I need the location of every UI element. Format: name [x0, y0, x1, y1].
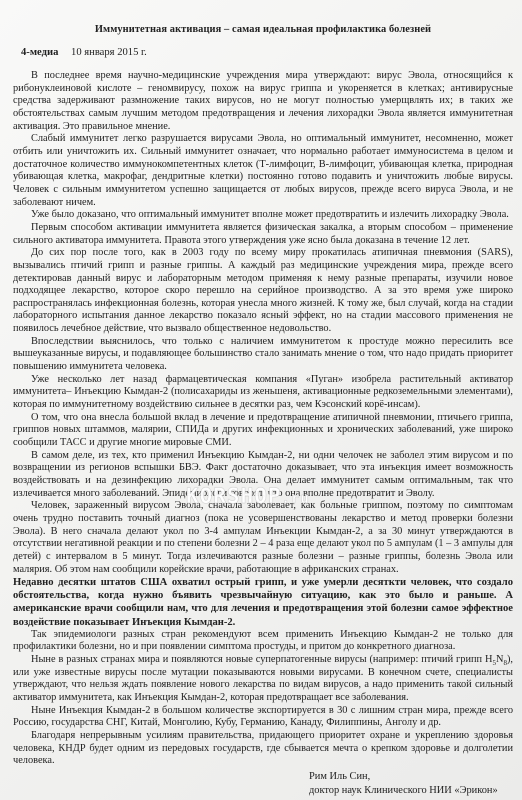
paragraph: О том, что она внесла большой вклад в ле…	[13, 412, 513, 450]
document-title: Иммунитетная активация – самая идеальная…	[13, 24, 513, 35]
paragraph: Человек, зараженный вирусом Эвола, снача…	[13, 500, 513, 576]
paragraph: Первым способом активации иммунитета явл…	[13, 222, 513, 247]
paragraph: В последнее время научно-медицинские учр…	[13, 70, 513, 133]
author-position: доктор наук Клинического НИИ «Эрикон»	[309, 784, 513, 798]
publication-date: 10 января 2015 г.	[71, 47, 147, 58]
paragraph-text-before: Ныне в разных странах мира и появляются …	[31, 654, 492, 665]
paragraph-with-formula: Ныне в разных странах мира и появляются …	[13, 654, 513, 705]
paragraph: Уже несколько лет назад фармацевтическая…	[13, 374, 513, 412]
paragraph: Слабый иммунитет легко разрушается вирус…	[13, 133, 513, 209]
paragraph: В самом деле, из тех, кто применил Инъек…	[13, 450, 513, 501]
signature-block: Рим Иль Син, доктор наук Клинического НИ…	[309, 770, 513, 798]
article-body: В последнее время научно-медицинские учр…	[13, 70, 513, 768]
highlighted-paragraph: Недавно десятки штатов США охватил остры…	[13, 576, 513, 628]
paragraph: До сих пор после того, как в 2003 году п…	[13, 247, 513, 336]
dateline: 4-медиа 10 января 2015 г.	[21, 47, 513, 58]
source-label: 4-медиа	[21, 47, 58, 58]
author-name: Рим Иль Син,	[309, 770, 513, 784]
paragraph: Впоследствии выяснилось, что только с на…	[13, 336, 513, 374]
paragraph: Благодаря непрерывным усилиям правительс…	[13, 730, 513, 768]
document-page: Иммунитетная активация – самая идеальная…	[13, 0, 513, 798]
paragraph: Уже было доказано, что оптимальный иммун…	[13, 209, 513, 222]
paragraph: Так эпидемиологи разных стран рекомендую…	[13, 629, 513, 654]
paragraph: Ныне Инъекция Кымдан-2 в большом количес…	[13, 705, 513, 730]
